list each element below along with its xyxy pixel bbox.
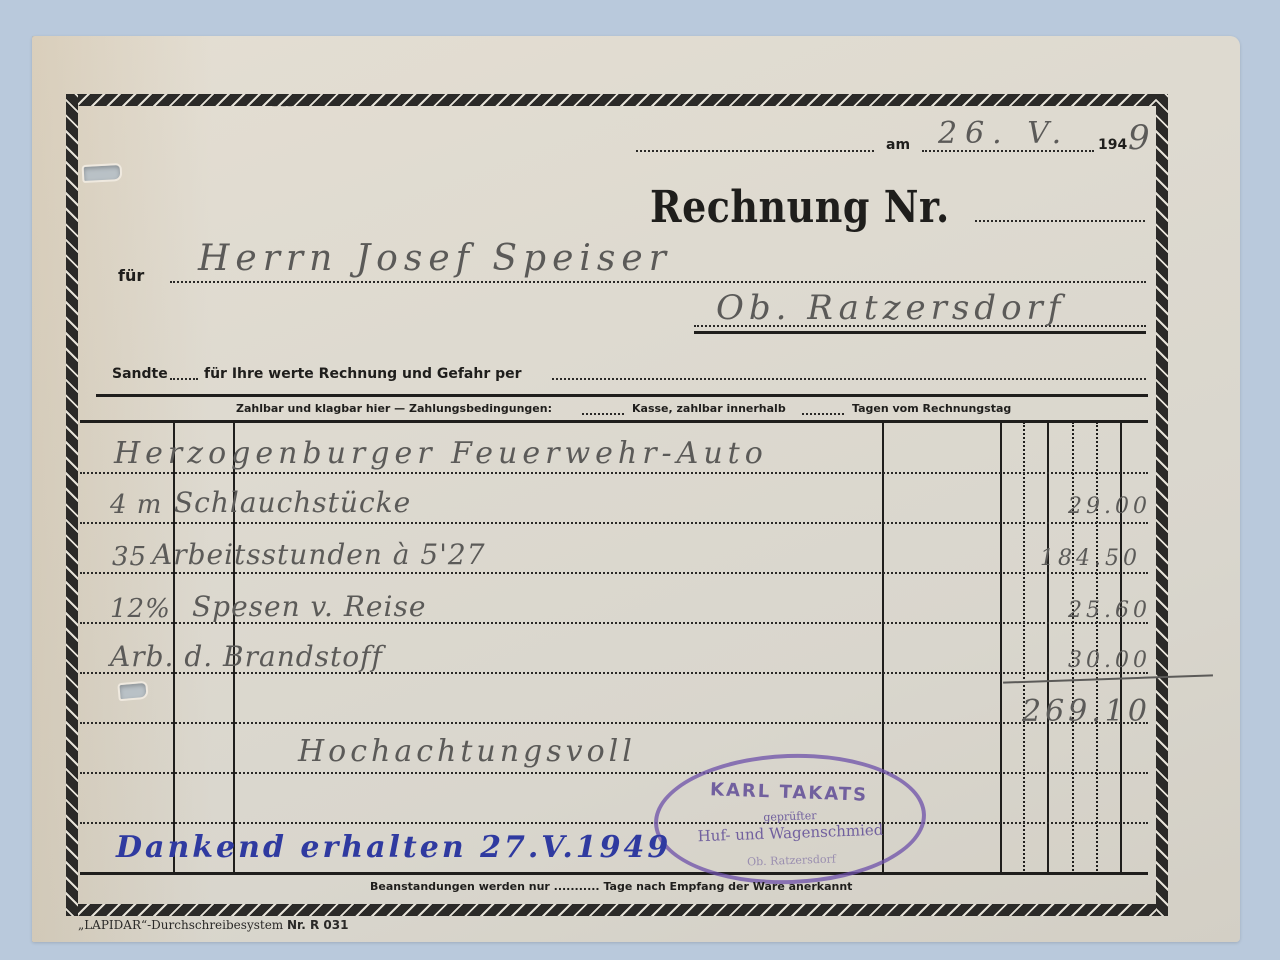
place-line — [636, 150, 874, 152]
form-number: Nr. R 031 — [287, 918, 348, 932]
terms-top-rule — [96, 394, 1148, 397]
row-rule — [80, 772, 1148, 774]
row-rule — [80, 472, 1148, 474]
item-qty: 12% — [110, 594, 171, 624]
row-rule — [80, 822, 1148, 824]
border-bottom — [66, 904, 1168, 916]
recipient-name: Herrn Josef Speiser — [198, 238, 672, 279]
terms-dotline-1 — [582, 413, 624, 415]
item-amount: 25.60 — [1068, 598, 1151, 623]
row-rule — [80, 572, 1148, 574]
form-footer: „LAPIDAR“-Durchschreibesystem Nr. R 031 — [78, 918, 348, 932]
invoice-title: Rechnung Nr. — [650, 181, 950, 233]
recipient-place: Ob. Ratzersdorf — [716, 288, 1065, 328]
col-dot-1 — [1023, 422, 1025, 874]
item-qty: 35 — [112, 542, 147, 572]
item-description: Arb. d. Brandstoff — [110, 640, 383, 673]
stamp-name: KARL TAKATS — [657, 777, 922, 807]
year-handwritten: 9 — [1128, 118, 1151, 158]
table-bottom-rule — [80, 872, 1148, 875]
sandte-line — [170, 378, 198, 380]
recipient-label: für — [118, 266, 144, 285]
year-printed: 194 — [1098, 137, 1127, 153]
item-description: Spesen v. Reise — [192, 590, 426, 623]
recipient-line-1 — [170, 281, 1146, 283]
shipping-line — [552, 378, 1146, 380]
item-amount: 30.00 — [1068, 648, 1151, 673]
closing-salutation: Hochachtungsvoll — [298, 734, 636, 769]
border-left — [66, 94, 78, 916]
item-qty: 4 m — [110, 490, 162, 520]
border-right — [1156, 94, 1168, 916]
recipient-underline — [694, 331, 1146, 334]
item-description: Schlauchstücke — [174, 486, 411, 519]
shipping-text: für Ihre werte Rechnung und Gefahr per — [204, 366, 522, 382]
terms-part2: Kasse, zahlbar innerhalb — [632, 402, 786, 415]
punch-hole-top — [82, 163, 123, 183]
col-line-amount-left — [1000, 422, 1002, 874]
form-brand: „LAPIDAR“-Durchschreibesystem — [78, 918, 283, 932]
table-top-rule — [80, 420, 1148, 423]
total-amount: 269.10 — [1022, 694, 1151, 729]
terms-part1: Zahlbar und klagbar hier — Zahlungsbedin… — [236, 402, 552, 415]
date-handwritten: 26. V. — [938, 116, 1069, 151]
receipt-note: Dankend erhalten 27.V.1949 — [116, 830, 671, 865]
terms-part3: Tagen vom Rechnungstag — [852, 402, 1011, 415]
row-rule — [80, 522, 1148, 524]
col-line-2 — [1047, 422, 1049, 874]
date-prefix: am — [886, 137, 910, 153]
sandte-label: Sandte — [112, 366, 168, 382]
row-rule — [80, 722, 1148, 724]
border-top — [66, 94, 1168, 106]
terms-dotline-2 — [802, 413, 844, 415]
complaints-note: Beanstandungen werden nur ........... Ta… — [370, 880, 852, 893]
item-description: Herzogenburger Feuerwehr-Auto — [114, 436, 768, 471]
invoice-number-line — [975, 220, 1145, 222]
punch-hole-bottom — [117, 681, 148, 702]
item-description: Arbeitsstunden à 5'27 — [152, 538, 486, 571]
item-amount: 29.00 — [1068, 494, 1151, 519]
item-amount: 184.50 — [1040, 546, 1141, 571]
